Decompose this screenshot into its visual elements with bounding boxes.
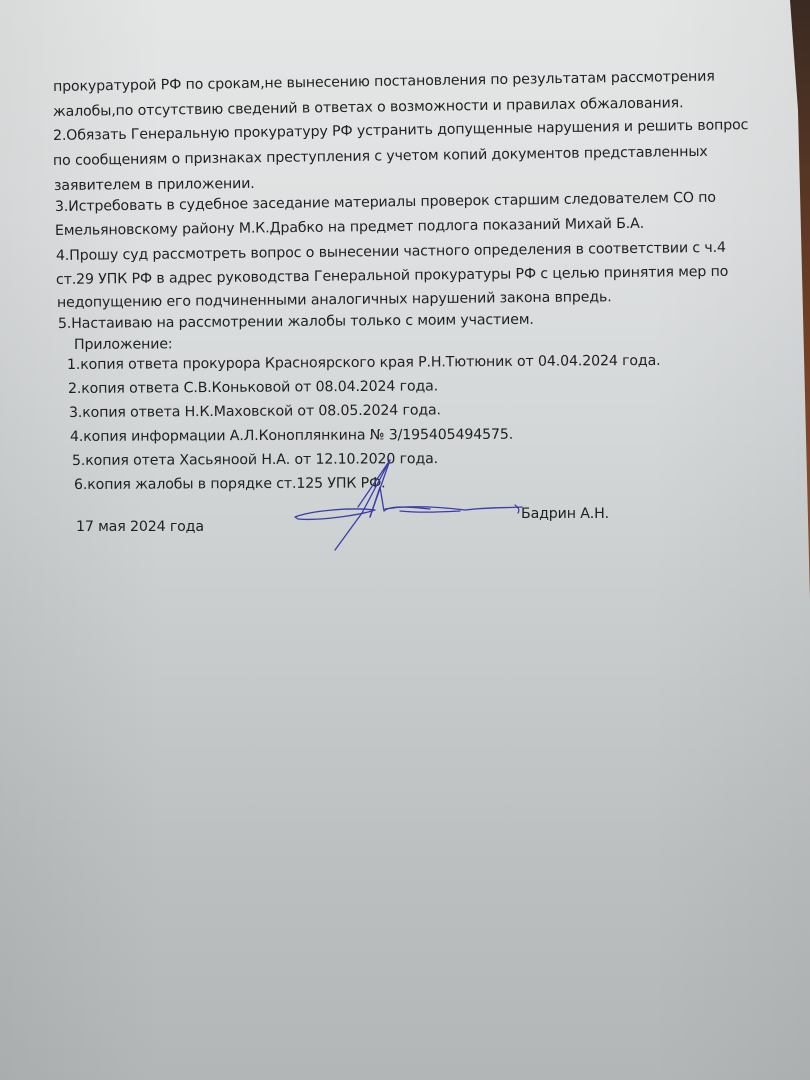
signatory-name: Бадрин А.Н. xyxy=(521,504,609,524)
attachment-item: 3.копия ответа Н.К.Маховской от 08.05.20… xyxy=(69,400,441,423)
attachment-item: 2.копия ответа С.В.Коньковой от 08.04.20… xyxy=(68,376,438,399)
body-line: по сообщениям о признаках преступления с… xyxy=(53,142,708,171)
attachments-heading: Приложение: xyxy=(74,334,173,355)
paper-sheet: прокуратурой РФ по срокам,не вынесению п… xyxy=(0,0,810,1080)
body-line: 5.Настаиваю на рассмотрении жалобы тольк… xyxy=(58,310,534,334)
document-date: 17 мая 2024 года xyxy=(76,517,204,537)
attachment-item: 4.копия информации А.Л.Коноплянкина № 3/… xyxy=(70,425,513,447)
body-line: прокуратурой РФ по срокам,не вынесению п… xyxy=(53,67,715,97)
handwritten-signature xyxy=(290,455,530,555)
body-line: 4.Прошу суд рассмотреть вопрос о вынесен… xyxy=(56,238,726,266)
body-line: ст.29 УПК РФ в адрес руководства Генерал… xyxy=(56,262,728,290)
body-line: заявителем в приложении. xyxy=(54,174,255,196)
attachment-item: 1.копия ответа прокурора Красноярского к… xyxy=(67,351,661,375)
body-line: Емельяновскому району М.К.Драбко на пред… xyxy=(55,214,644,241)
